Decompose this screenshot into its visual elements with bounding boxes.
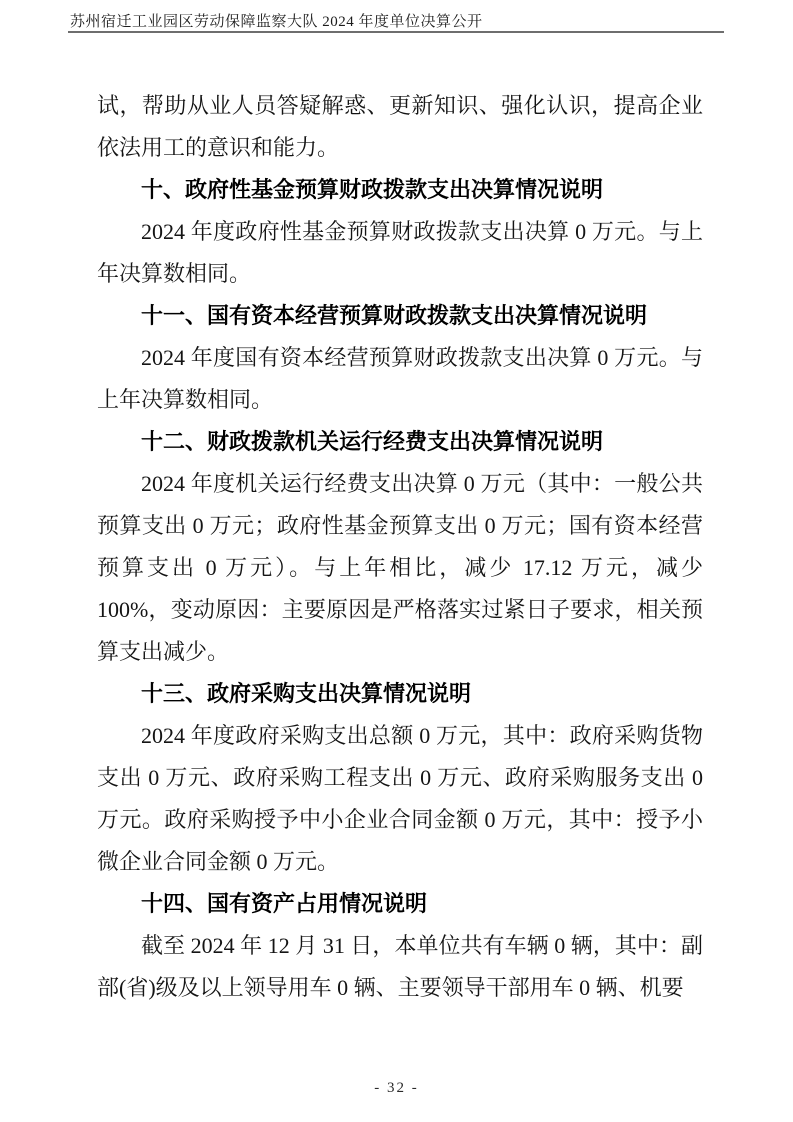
- section-heading-10-gov-fund-budget: 十、政府性基金预算财政拨款支出决算情况说明: [97, 169, 703, 211]
- paragraph-gov-procurement: 2024 年度政府采购支出总额 0 万元，其中：政府采购货物支出 0 万元、政府…: [97, 715, 703, 883]
- paragraph-gov-fund-budget: 2024 年度政府性基金预算财政拨款支出决算 0 万元。与上年决算数相同。: [97, 211, 703, 295]
- document-header-title: 苏州宿迁工业园区劳动保障监察大队 2024 年度单位决算公开: [70, 10, 483, 31]
- header-rule-divider: [68, 31, 724, 33]
- paragraph-state-asset-occupancy: 截至 2024 年 12 月 31 日，本单位共有车辆 0 辆，其中：副部(省)…: [97, 925, 703, 1009]
- section-heading-11-state-capital-budget: 十一、国有资本经营预算财政拨款支出决算情况说明: [97, 295, 703, 337]
- section-heading-13-gov-procurement: 十三、政府采购支出决算情况说明: [97, 673, 703, 715]
- document-page: 苏州宿迁工业园区劳动保障监察大队 2024 年度单位决算公开 试，帮助从业人员答…: [0, 0, 793, 1122]
- page-number: - 32 -: [0, 1080, 793, 1097]
- paragraph-state-capital-budget: 2024 年度国有资本经营预算财政拨款支出决算 0 万元。与上年决算数相同。: [97, 337, 703, 421]
- section-heading-14-state-asset-occupancy: 十四、国有资产占用情况说明: [97, 883, 703, 925]
- paragraph-agency-operating-expense: 2024 年度机关运行经费支出决算 0 万元（其中：一般公共预算支出 0 万元；…: [97, 463, 703, 673]
- document-body: 试，帮助从业人员答疑解惑、更新知识、强化认识，提高企业依法用工的意识和能力。 十…: [97, 85, 703, 1009]
- paragraph-continued-from-previous-page: 试，帮助从业人员答疑解惑、更新知识、强化认识，提高企业依法用工的意识和能力。: [97, 85, 703, 169]
- section-heading-12-agency-operating-expense: 十二、财政拨款机关运行经费支出决算情况说明: [97, 421, 703, 463]
